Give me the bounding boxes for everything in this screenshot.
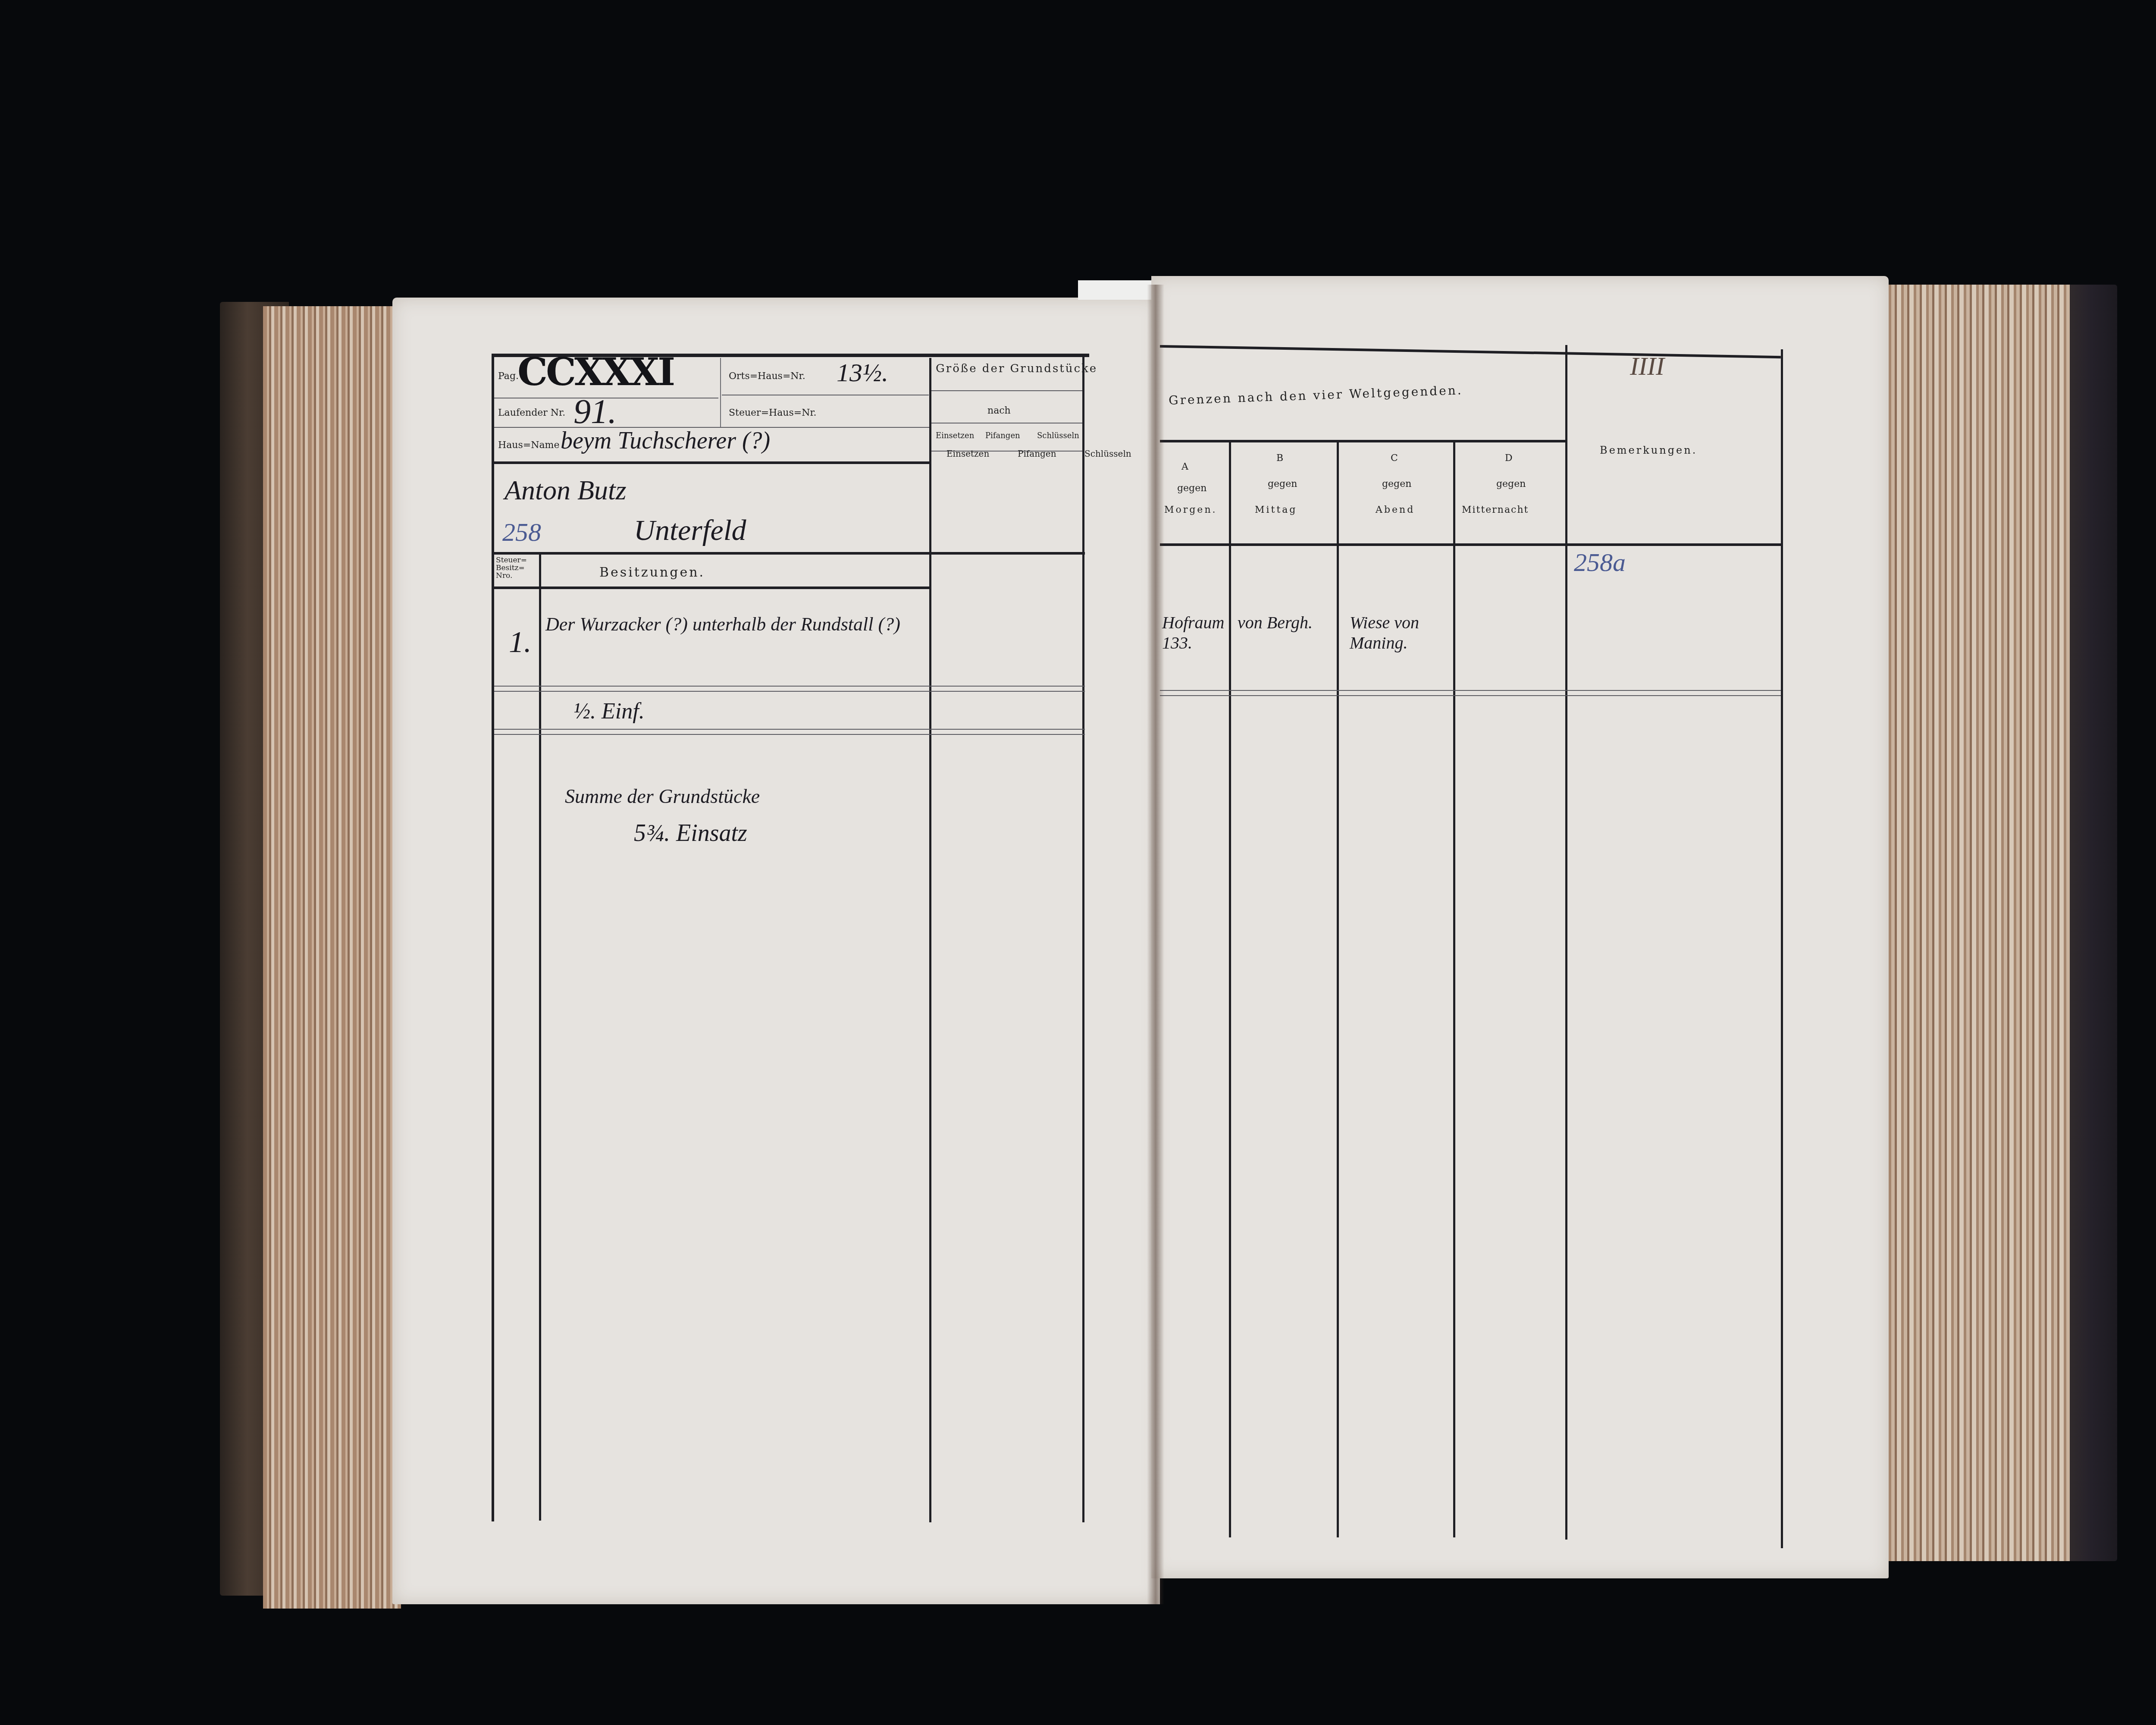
divider — [931, 423, 1082, 423]
haus-name-value: beym Tuchscherer (?) — [561, 427, 770, 455]
column-rule — [539, 555, 541, 1521]
divider — [931, 390, 1082, 391]
open-ledger-book: Pag. CCXXXI Laufender Nr. 91. Orts=Haus=… — [220, 267, 2117, 1613]
left-page-stack — [263, 306, 401, 1609]
divider — [494, 461, 930, 464]
group-schluesseln: Schlüsseln — [1037, 431, 1079, 440]
bemerkungen-label: Bemerkungen. — [1600, 444, 1697, 456]
group-einsetzen: Einsetzen — [936, 431, 974, 440]
direction-c-gegen: gegen — [1382, 479, 1411, 489]
grenzen-title: Grenzen nach den vier Weltgegenden. — [1169, 383, 1463, 408]
direction-b-gegen: gegen — [1268, 479, 1297, 489]
laufender-nr-label: Laufender Nr. — [498, 408, 565, 418]
pag-label: Pag. — [498, 371, 519, 382]
direction-a-gegen: gegen — [1177, 483, 1206, 494]
orts-haus-nr-label: Orts=Haus=Nr. — [729, 371, 805, 382]
direction-d-gegen: gegen — [1496, 479, 1526, 489]
row-1-nr: 1. — [509, 625, 532, 660]
group-schluesseln-label: Schlüsseln — [1084, 448, 1131, 459]
owner-name: Anton Butz — [505, 474, 627, 506]
haus-name-label: Haus=Name — [498, 440, 559, 451]
owner-place: Unterfeld — [634, 513, 746, 547]
groesse-title: Größe der Grundstücke — [936, 362, 1097, 375]
tally-marks: IIII — [1630, 351, 1664, 381]
divider — [494, 586, 930, 589]
divider — [1160, 543, 1781, 546]
column-rule — [1453, 442, 1455, 1537]
direction-d-name: Mitternacht — [1462, 505, 1529, 515]
right-rule — [1781, 349, 1783, 1548]
right-page-stack — [1884, 285, 2070, 1561]
page-number-roman: CCXXXI — [517, 349, 674, 394]
direction-c-name: Abend — [1376, 505, 1415, 515]
laufender-nr-value: 91. — [573, 392, 617, 432]
row-divider — [1160, 695, 1781, 696]
remark-number: 258a — [1574, 548, 1626, 577]
column-rule — [1229, 442, 1231, 1537]
group-pifangen-label: Pifangen — [1018, 448, 1056, 459]
group-pifangen: Pifangen — [985, 431, 1020, 440]
divider — [1160, 440, 1565, 442]
direction-b-letter: B — [1276, 453, 1283, 464]
column-rule — [1565, 345, 1567, 1540]
direction-b-name: Mittag — [1255, 505, 1297, 515]
right-page: Grenzen nach den vier Weltgegenden. A ge… — [1151, 276, 1889, 1578]
owner-number: 258 — [502, 517, 541, 547]
column-rule — [1337, 442, 1339, 1537]
group-einsetzen-label: Einsetzen — [946, 448, 989, 459]
entry-morgen: Hofraum 133. — [1162, 612, 1227, 653]
besitzungen-label: Besitzungen. — [599, 565, 705, 580]
book-gutter — [1147, 285, 1164, 1604]
divider — [720, 358, 721, 427]
row-divider — [1160, 690, 1781, 691]
row-1-besitzung: Der Wurzacker (?) unterhalb der Rundstal… — [545, 612, 916, 637]
direction-a-letter: A — [1181, 461, 1188, 472]
entry-abend: Wiese von Maning. — [1350, 612, 1449, 653]
direction-d-letter: D — [1505, 453, 1513, 464]
steuer-haus-nr-label: Steuer=Haus=Nr. — [729, 408, 817, 418]
divider — [722, 395, 929, 395]
groesse-sub: nach — [987, 405, 1011, 416]
row-1-sub-note: ½. Einf. — [573, 699, 645, 724]
direction-c-letter: C — [1391, 453, 1398, 464]
steuer-besitz-nr-label: Steuer= Besitz= Nro. — [496, 556, 539, 580]
direction-a-name: Morgen. — [1164, 505, 1217, 515]
top-rule — [1160, 345, 1781, 358]
summary-line-2: 5¾. Einsatz — [634, 819, 747, 847]
summary-line-1: Summe der Grundstücke — [565, 785, 760, 808]
orts-haus-nr-value: 13½. — [837, 358, 888, 388]
entry-mittag: von Bergh. — [1238, 612, 1332, 633]
